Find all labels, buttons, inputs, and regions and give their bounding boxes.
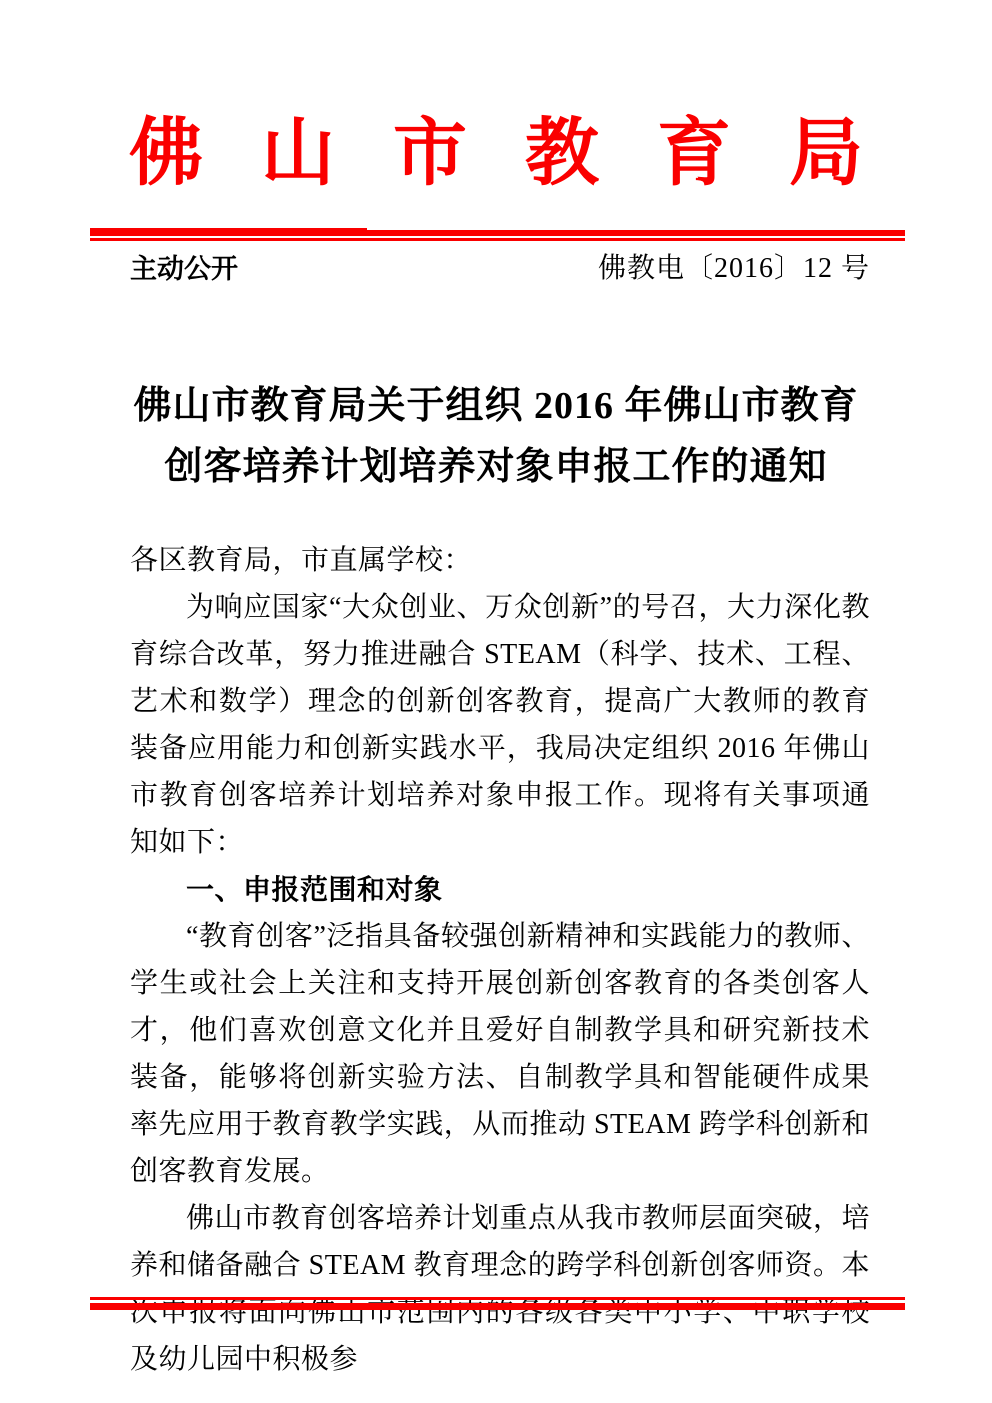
salutation: 各区教育局，市直属学校： [130,537,870,584]
document-meta-row: 主动公开 佛教电〔2016〕12 号 [130,248,870,286]
document-title: 佛山市教育局关于组织 2016 年佛山市教育 创客培养计划培养对象申报工作的通知 [0,376,992,498]
document-title-line-1: 佛山市教育局关于组织 2016 年佛山市教育 [0,376,992,437]
letterhead-rule-thin-line [90,238,905,241]
footer-rule-thick-line [90,1303,905,1310]
agency-letterhead-title: 佛山市教育局 [0,108,992,200]
body-paragraph-2: “教育创客”泛指具备较强创新精神和实践能力的教师、学生或社会上关注和支持开展创新… [130,913,870,1195]
body-paragraph-3: 佛山市教育创客培养计划重点从我市教师层面突破，培养和储备融合 STEAM 教育理… [130,1195,870,1383]
letterhead-rule-left-segment [90,228,367,231]
letterhead-divider-rule [90,230,905,241]
footer-divider-rule [90,1297,905,1310]
official-document-page: 佛山市教育局 主动公开 佛教电〔2016〕12 号 佛山市教育局关于组织 201… [0,0,992,1403]
body-paragraph-1: 为响应国家“大众创业、万众创新”的号召，大力深化教育综合改革，努力推进融合 ST… [130,584,870,866]
section-1-heading: 一、申报范围和对象 [130,866,870,913]
document-title-line-2: 创客培养计划培养对象申报工作的通知 [0,437,992,498]
document-body: 各区教育局，市直属学校： 为响应国家“大众创业、万众创新”的号召，大力深化教育综… [130,537,870,1383]
disclosure-label: 主动公开 [130,252,238,286]
document-number: 佛教电〔2016〕12 号 [598,252,870,286]
